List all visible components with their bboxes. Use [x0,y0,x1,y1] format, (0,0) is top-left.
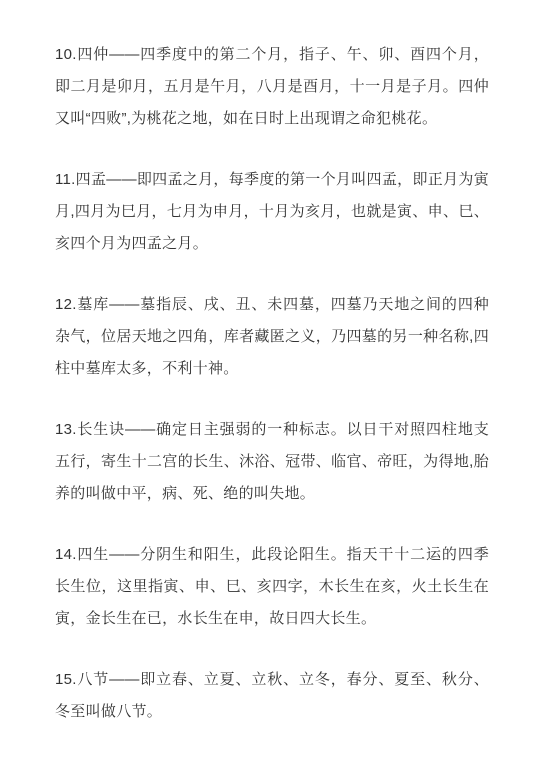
glossary-entry-12-muku: 12.墓库——墓指辰、戌、丑、未四墓，四墓乃天地之间的四种杂气，位居天地之四角，… [55,289,489,385]
glossary-entry-11-simeng: 11.四孟——即四孟之月，每季度的第一个月叫四孟，即正月为寅月,四月为巳月，七月… [55,164,489,260]
glossary-entry-10-sizhong: 10.四仲——四季度中的第二个月，指子、午、卯、酉四个月，即二月是卯月，五月是午… [55,39,489,135]
document-page: 10.四仲——四季度中的第二个月，指子、午、卯、酉四个月，即二月是卯月，五月是午… [0,0,542,776]
glossary-entry-14-sisheng: 14.四生——分阴生和阳生，此段论阳生。指天干十二运的四季长生位，这里指寅、申、… [55,539,489,635]
glossary-entry-15-bajie: 15.八节——即立春、立夏、立秋、立冬，春分、夏至、秋分、冬至叫做八节。 [55,664,489,728]
glossary-entry-13-changshengjue: 13.长生诀——确定日主强弱的一种标志。以日干对照四柱地支五行，寄生十二宫的长生… [55,414,489,510]
